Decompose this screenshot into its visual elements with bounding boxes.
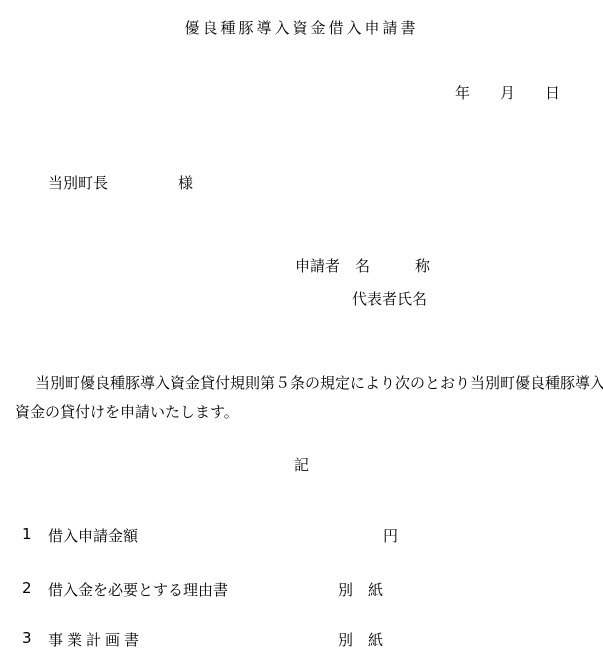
item-number: 2 <box>22 579 32 597</box>
list-item-loan-amount: 1 借入申請金額 円 <box>0 525 603 545</box>
date-line: 年 月 日 <box>455 82 560 103</box>
list-item-business-plan: 3 事業計画書 別 紙 <box>0 629 603 649</box>
applicant-name-line: 申請者 名 称 <box>295 255 430 276</box>
item-number: 3 <box>22 629 32 647</box>
item-value: 別 紙 <box>338 629 383 650</box>
item-label: 借入金を必要とする理由書 <box>48 579 228 600</box>
body-paragraph-line1: 当別町優良種豚導入資金貸付規則第５条の規定により次のとおり当別町優良種豚導入 <box>35 372 603 393</box>
addressee-honorific: 様 <box>178 172 193 193</box>
item-label: 事業計画書 <box>48 629 143 650</box>
record-marker: 記 <box>0 454 603 475</box>
applicant-representative-line: 代表者氏名 <box>352 288 427 309</box>
body-paragraph-line2: 資金の貸付けを申請いたします。 <box>15 401 239 422</box>
document-title: 優良種豚導入資金借入申請書 <box>0 17 603 38</box>
loan-application-document: { "page": { "title": "優良種豚導入資金借入申請書", "d… <box>0 0 603 658</box>
item-number: 1 <box>22 525 32 543</box>
item-value: 円 <box>383 525 398 546</box>
item-value: 別 紙 <box>338 579 383 600</box>
list-item-reason-document: 2 借入金を必要とする理由書 別 紙 <box>0 579 603 599</box>
addressee-name: 当別町長 <box>48 172 108 193</box>
item-label: 借入申請金額 <box>48 525 138 546</box>
